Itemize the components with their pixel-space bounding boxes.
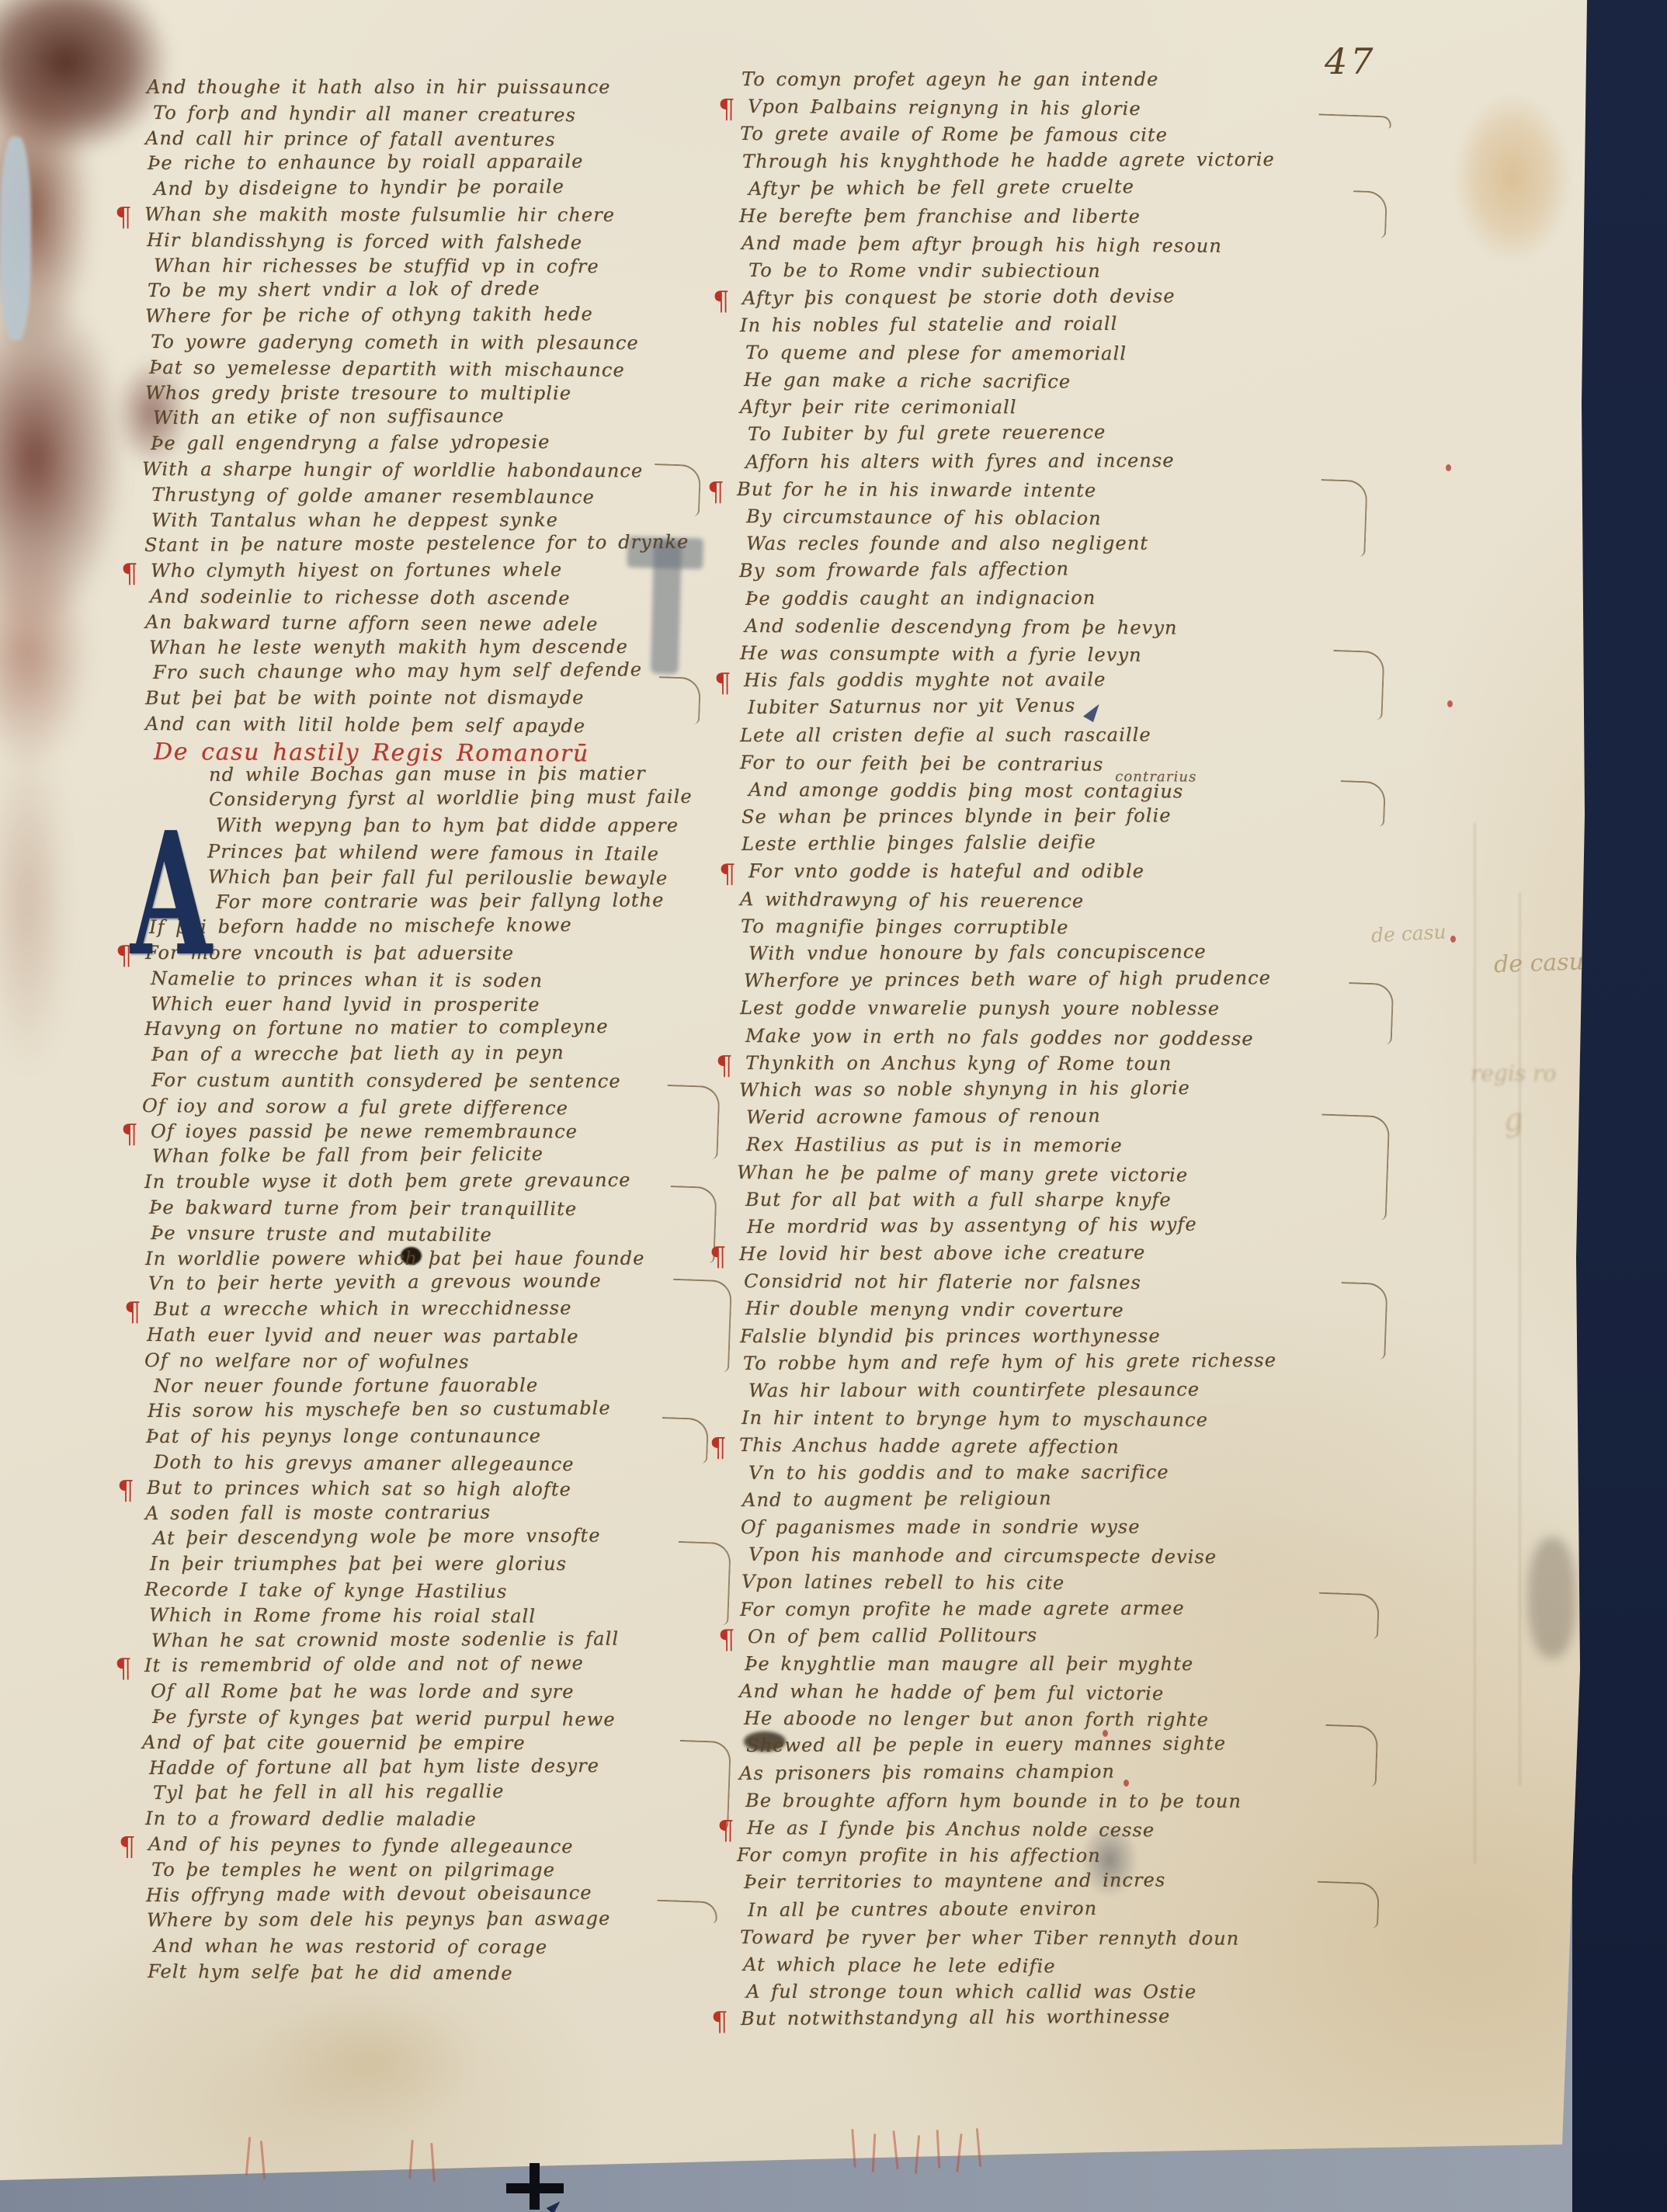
verse-line: At which place he lete edifie xyxy=(743,1953,1372,1985)
verse-text: Fro such chaunge who may hym self defend… xyxy=(153,658,642,683)
verse-line: Havyng on fortune no matier to compleyne xyxy=(144,1016,711,1043)
verse-line: Of all Rome þat he was lorde and syre xyxy=(151,1680,717,1707)
verse-text: With an etike of non suffisaunce xyxy=(153,405,505,429)
verse-text: Vpon Þalbains reignyng in his glorie xyxy=(748,95,1141,120)
verse-line: Þe vnsure truste and mutabilite xyxy=(151,1222,717,1251)
verse-text: As prisoners þis romains champion xyxy=(739,1760,1115,1784)
verse-text: To magnifie þinges corruptible xyxy=(741,915,1068,938)
verse-line: For custum auntith consydered þe sentenc… xyxy=(151,1069,718,1096)
verse-text: And by disdeigne to hyndir þe poraile xyxy=(154,175,564,200)
pilcrow-mark: ¶ xyxy=(718,94,736,125)
verse-text: In all þe cuntres aboute environ xyxy=(748,1897,1097,1920)
verse-line: Stant in þe nature moste pestelence for … xyxy=(144,531,711,560)
verse-line: Wherfore ye princes beth ware of high pr… xyxy=(744,967,1373,998)
verse-text: A soden fall is moste contrarius xyxy=(145,1501,491,1523)
verse-text: Stant in þe nature moste pestelence for … xyxy=(144,531,689,556)
edge-gap xyxy=(0,137,31,340)
verse-text: His offryng made with devout obeisaunce xyxy=(146,1881,592,1905)
verse-line: ¶Aftyr þis conquest þe storie doth devis… xyxy=(742,283,1371,314)
verse-text: But a wrecche which in wrecchidnesse xyxy=(154,1297,571,1320)
verse-text: Hadde of fortune all þat hym liste desyr… xyxy=(149,1755,599,1779)
verse-text: Whan folke be fall from þeir felicite xyxy=(152,1144,544,1168)
red-speck xyxy=(1450,936,1456,943)
marginal-note: de casu xyxy=(1370,920,1446,946)
verse-line: Werid acrowne famous of renoun xyxy=(746,1103,1375,1134)
verse-text: Which euer hand lyvid in prosperite xyxy=(151,993,540,1016)
verse-text: At which place he lete edifie xyxy=(743,1953,1056,1977)
verse-line: Fro such chaunge who may hym self defend… xyxy=(153,658,720,687)
verse-text: And thoughe it hath also in hir puissaun… xyxy=(147,76,610,98)
verse-text: Aftyr þeir rite cerimoniall xyxy=(740,396,1017,418)
verse-text: A ful stronge toun which callid was Osti… xyxy=(746,1981,1196,2002)
verse-text: Tyl þat he fell in all his regallie xyxy=(153,1780,505,1804)
verse-line: Þe riche to enhaunce by roiall apparaile xyxy=(148,150,714,178)
verse-text: To þe temples he went on pilgrimage xyxy=(151,1859,555,1880)
verse-line: In hir intent to brynge hym to myschaunc… xyxy=(741,1407,1370,1437)
pilcrow-mark: ¶ xyxy=(717,1815,735,1846)
verse-line: To queme and plese for amemoriall xyxy=(745,342,1374,370)
verse-line: With an etike of non suffisaunce xyxy=(153,404,720,432)
verse-line: And thoughe it hath also in hir puissaun… xyxy=(147,76,714,102)
burn-stain xyxy=(0,62,93,357)
burn-stain xyxy=(0,287,124,629)
verse-line: Whan he sat crownid moste sodenlie is fa… xyxy=(151,1627,718,1655)
verse-text: Where by som dele his peynys þan aswage xyxy=(147,1908,610,1931)
verse-text: But to princes which sat so high alofte xyxy=(147,1477,571,1500)
verse-text: Where for þe riche of othyng takith hede xyxy=(145,303,593,327)
verse-text: Was hir labour with countirfete plesaunc… xyxy=(748,1378,1200,1401)
pilcrow-mark: ¶ xyxy=(115,202,133,233)
verse-line: To comyn profet ageyn he gan intende xyxy=(741,68,1370,95)
pilcrow-mark: ¶ xyxy=(714,668,732,699)
verse-line: Þe knyghtlie man maugre all þeir myghte xyxy=(745,1653,1374,1680)
parchment-leaf: 47 A And thoughe it hath also in hir pui… xyxy=(0,0,1667,2212)
verse-line: Þe gall engendryng a false ydropesie xyxy=(151,430,717,457)
pilcrow-mark: ¶ xyxy=(710,1432,728,1464)
verse-text: In his nobles ful statelie and roiall xyxy=(740,312,1118,335)
verse-text: And sodeinlie to richesse doth ascende xyxy=(150,585,571,609)
verse-line: Vpon his manhode and circumspecte devise xyxy=(748,1544,1377,1575)
verse-text: In þeir triumphes þat þei were glorius xyxy=(150,1553,567,1575)
verse-text: Hir blandisshyng is forced with falshede xyxy=(147,229,582,253)
verse-line: And to augment þe religioun xyxy=(742,1485,1371,1516)
verse-text: For more contrarie was þeir fallyng loth… xyxy=(216,889,665,912)
verse-text: To comyn profet ageyn he gan intende xyxy=(741,68,1158,90)
verse-line: ¶For vnto godde is hateful and odible xyxy=(748,860,1377,887)
verse-text: Þe gall engendryng a false ydropesie xyxy=(151,431,550,454)
verse-text: To Iubiter by ful grete reuerence xyxy=(748,422,1106,446)
verse-line: Afforn his alters with fyres and incense xyxy=(745,449,1374,478)
pilcrow-mark: ¶ xyxy=(119,1832,137,1863)
verse-line: Hir blandisshyng is forced with falshede xyxy=(147,229,714,258)
pilcrow-mark: ¶ xyxy=(718,1624,736,1655)
verse-line: Þe bakward turne from þeir tranquillite xyxy=(149,1196,716,1224)
burn-stain xyxy=(0,536,90,769)
verse-line: Recorde I take of kynge Hastilius xyxy=(144,1578,711,1607)
verse-text: Vpon his manhode and circumspecte devise xyxy=(748,1544,1217,1568)
verse-text: Lest godde vnwarelie punysh youre nobles… xyxy=(740,997,1220,1019)
pilcrow-mark: ¶ xyxy=(707,477,725,508)
verse-text: Vn to þeir herte yevith a grevous wounde xyxy=(148,1270,602,1295)
verse-text: But for he in his inwarde intente xyxy=(737,478,1096,502)
verse-text: Who clymyth hiyest on fortunes whele xyxy=(151,559,562,582)
verse-text: Þe fyrste of kynges þat werid purpul hew… xyxy=(152,1706,616,1731)
verse-text: And whan he was restorid of corage xyxy=(154,1935,547,1958)
manuscript-photo: 47 A And thoughe it hath also in hir pui… xyxy=(0,0,1667,2212)
crease-line xyxy=(1474,823,1476,1863)
verse-line: And can with litil holde þem self apayde xyxy=(145,713,712,741)
verse-text: Recorde I take of kynge Hastilius xyxy=(144,1578,507,1603)
verse-text: Whos gredy þriste tresoure to multiplie xyxy=(145,382,571,404)
verse-line: A withdrawyng of his reuerence xyxy=(740,888,1369,919)
verse-text: With vndue honoure by fals concupiscence xyxy=(748,941,1207,964)
verse-line: To Iubiter by ful grete reuerence xyxy=(748,420,1377,451)
verse-text: Was recles founde and also negligent xyxy=(746,533,1148,554)
verse-text: To forþ and hyndir all maner creatures xyxy=(153,102,576,126)
verse-text: Whan he leste wenyth makith hym descende xyxy=(149,635,628,658)
verse-line: Aftyr þe which be fell grete cruelte xyxy=(748,174,1377,205)
verse-line: To robbe hym and refe hym of his grete r… xyxy=(743,1349,1372,1380)
verse-line: He mordrid was by assentyng of his wyfe xyxy=(747,1212,1376,1243)
smudge xyxy=(1528,1537,1576,1658)
verse-line: Toward þe ryver þer wher Tiber rennyth d… xyxy=(740,1926,1369,1955)
verse-line: ¶But a wrecche which in wrecchidnesse xyxy=(154,1297,721,1324)
red-speck xyxy=(1446,464,1451,471)
verse-text: Whan he þe palme of many grete victorie xyxy=(737,1162,1188,1186)
verse-line: To yowre gaderyng cometh in with plesaun… xyxy=(151,331,717,358)
verse-line: Leste erthlie þinges falslie deifie xyxy=(741,829,1370,860)
verse-line: If þei beforn hadde no mischefe knowe xyxy=(149,913,716,942)
verse-line: Lete all cristen defie al such rascaille xyxy=(740,724,1369,752)
verse-text: With wepyng þan to hym þat didde appere xyxy=(216,814,679,836)
verse-text: Se whan þe princes blynde in þeir folie xyxy=(741,804,1172,828)
marginal-note: regis ro xyxy=(1471,1061,1556,1086)
verse-text: Princes þat whilend were famous in Itail… xyxy=(207,840,659,864)
verse-line: Þat so yemelesse departith with mischaun… xyxy=(149,356,716,385)
registration-cross xyxy=(506,2183,564,2193)
verse-line: Þeir territories to mayntene and incres xyxy=(744,1868,1373,1898)
verse-line: ¶Vpon Þalbains reignyng in his glorie xyxy=(748,95,1377,127)
verse-text: With a sharpe hungir of worldlie habonda… xyxy=(142,458,643,481)
verse-line: Be broughte afforn hym bounde in to þe t… xyxy=(745,1790,1374,1818)
verse-line: Make yow in erth no fals goddes nor godd… xyxy=(745,1025,1374,1056)
verse-line: Hir double menyng vndir coverture xyxy=(745,1297,1374,1328)
pilcrow-mark: ¶ xyxy=(121,558,139,589)
verse-text: A withdrawyng of his reuerence xyxy=(740,888,1084,912)
verse-line: Shewed all þe peple in euery mannes sigh… xyxy=(746,1732,1375,1762)
verse-text: He as I fynde þis Anchus nolde cesse xyxy=(747,1817,1155,1841)
verse-line: Vn to his goddis and to make sacrifice xyxy=(748,1460,1377,1489)
round-stain xyxy=(1453,93,1571,262)
pilcrow-mark: ¶ xyxy=(121,1119,139,1150)
verse-text: Þat so yemelesse departith with mischaun… xyxy=(149,356,625,381)
verse-line: To þe temples he went on pilgrimage xyxy=(151,1859,718,1884)
verse-text: Toward þe ryver þer wher Tiber rennyth d… xyxy=(740,1926,1239,1950)
verse-line: Hadde of fortune all þat hym liste desyr… xyxy=(149,1754,716,1782)
verse-line: At þeir descendyng wole þe more vnsofte xyxy=(153,1524,720,1553)
verse-line: For comyn profite he made agrete armee xyxy=(740,1596,1369,1626)
verse-line: Þat of his peynys longe contunaunce xyxy=(146,1425,713,1451)
verse-text: Wherfore ye princes beth ware of high pr… xyxy=(744,967,1271,992)
verse-line: Where by som dele his peynys þan aswage xyxy=(147,1908,714,1935)
pilcrow-mark: ¶ xyxy=(719,859,737,890)
verse-line: Tyl þat he fell in all his regallie xyxy=(153,1780,720,1807)
marginal-flourish: g xyxy=(1501,1101,1526,1139)
verse-line: Was hir labour with countirfete plesaunc… xyxy=(748,1378,1377,1407)
pilcrow-mark: ¶ xyxy=(117,1475,135,1506)
verse-text: Shewed all þe peple in euery mannes sigh… xyxy=(746,1733,1226,1757)
verse-text: With Tantalus whan he deppest synke xyxy=(151,509,558,530)
verse-text: Aftyr þe which be fell grete cruelte xyxy=(748,175,1134,200)
verse-text: Of paganismes made in sondrie wyse xyxy=(741,1516,1141,1538)
verse-line: ¶Who clymyth hiyest on fortunes whele xyxy=(151,558,717,585)
verse-line: ¶For more vncouth is þat aduersite xyxy=(145,942,712,968)
damp-stain xyxy=(264,1995,481,2127)
verse-text: Thynkith on Anchus kyng of Rome toun xyxy=(745,1052,1172,1075)
verse-line: With a sharpe hungir of worldlie habonda… xyxy=(142,458,709,485)
verse-text: Þe bakward turne from þeir tranquillite xyxy=(149,1196,577,1220)
verse-text: And of his peynes to fynde allegeaunce xyxy=(148,1833,574,1857)
verse-text: To be my shert vndir a lok of drede xyxy=(148,278,540,302)
verse-text: To grete availe of Rome þe famous cite xyxy=(740,123,1168,146)
verse-text: To queme and plese for amemoriall xyxy=(745,342,1127,364)
pilcrow-mark: ¶ xyxy=(713,286,731,317)
verse-text: Whan hir richesses be stuffid vp in cofr… xyxy=(154,255,599,277)
verse-text: This Anchus hadde agrete affection xyxy=(739,1434,1120,1457)
verse-text: Þeir territories to mayntene and incres xyxy=(744,1870,1165,1894)
verse-line: Whan he leste wenyth makith hym descende xyxy=(149,635,716,662)
verse-line: But þei þat be with pointe not dismayde xyxy=(145,686,712,713)
verse-line: ¶But for he in his inwarde intente xyxy=(737,478,1366,508)
verse-text: By circumstaunce of his oblacion xyxy=(746,505,1102,530)
verse-line: Se whan þe princes blynde in þeir folie xyxy=(741,804,1370,834)
verse-text: Whan he sat crownid moste sodenlie is fa… xyxy=(151,1627,619,1651)
verse-line: Doth to his grevys amaner allegeaunce xyxy=(154,1451,721,1480)
verse-text: He mordrid was by assentyng of his wyfe xyxy=(747,1214,1197,1238)
verse-text: For to our feith þei be contrarius xyxy=(740,752,1103,776)
crease-line xyxy=(1519,893,1521,1786)
verse-text: Doth to his grevys amaner allegeaunce xyxy=(154,1451,575,1475)
verse-line: Through his knyghthode he hadde agrete v… xyxy=(742,148,1371,178)
verse-line: ¶On of þem callid Pollitours xyxy=(748,1622,1377,1653)
verse-text: Þe riche to enhaunce by roiall apparaile xyxy=(148,151,584,174)
verse-text: He lovid hir best above iche creature xyxy=(739,1241,1145,1265)
verse-text: Be broughte afforn hym bounde in to þe t… xyxy=(745,1790,1242,1812)
verse-line: His sorow his myschefe ben so custumable xyxy=(148,1397,714,1425)
verse-line: Þe fyrste of kynges þat werid purpul hew… xyxy=(152,1706,719,1735)
verse-line: Hath euer lyvid and neuer was partable xyxy=(147,1324,714,1352)
verse-line: An bakward turne afforn seen newe adele xyxy=(145,611,712,639)
verse-text: Considrid not hir flaterie nor falsnes xyxy=(744,1270,1141,1294)
red-speck xyxy=(1447,700,1453,707)
verse-text: At þeir descendyng wole þe more vnsofte xyxy=(153,1525,601,1549)
verse-line: By som frowarde fals affection xyxy=(739,556,1368,587)
verse-text: Thrustyng of golde amaner resemblaunce xyxy=(151,484,595,508)
verse-text: He berefte þem franchise and liberte xyxy=(739,205,1141,227)
verse-text: nd while Bochas gan muse in þis matier xyxy=(209,762,646,785)
verse-text: Vn to his goddis and to make sacrifice xyxy=(748,1461,1169,1484)
pilcrow-mark: ¶ xyxy=(711,2006,729,2037)
verse-text: By som frowarde fals affection xyxy=(739,558,1069,582)
decorated-initial: A xyxy=(130,817,212,973)
verse-line: Of paganismes made in sondrie wyse xyxy=(741,1516,1370,1544)
verse-text: In worldlie powere which þat þei haue fo… xyxy=(145,1247,644,1269)
verse-line: Which was so noble shynyng in his glorie xyxy=(739,1076,1368,1106)
verse-line: ¶And of his peynes to fynde allegeaunce xyxy=(148,1833,715,1862)
verse-text: To be to Rome vndir subiectioun xyxy=(748,259,1101,282)
pilcrow-mark: ¶ xyxy=(716,1050,734,1082)
verse-text: In trouble wyse it doth þem grete grevau… xyxy=(144,1169,631,1193)
verse-line: ¶It is remembrid of olde and not of newe xyxy=(144,1651,711,1680)
verse-text: Falslie blyndid þis princes worthynesse xyxy=(740,1325,1161,1346)
verse-text: Which in Rome frome his roial stall xyxy=(149,1604,536,1627)
verse-line: As prisoners þis romains champion xyxy=(739,1759,1368,1790)
verse-text: Afforn his alters with fyres and incense xyxy=(745,450,1175,473)
verse-line: ¶But notwithstandyng all his worthinesse xyxy=(741,2005,1370,2036)
verse-text: Consideryng fyrst al worldlie þing must … xyxy=(209,786,693,811)
verse-line: For more contrarie was þeir fallyng loth… xyxy=(154,888,721,916)
verse-text: Of ioy and sorow a ful grete difference xyxy=(142,1095,568,1119)
verse-text: And to augment þe religioun xyxy=(742,1487,1052,1510)
verse-line: Whan he þe palme of many grete victorie xyxy=(737,1162,1366,1193)
verse-line: In þeir triumphes þat þei were glorius xyxy=(150,1553,717,1578)
verse-text: In hir intent to brynge hym to myschaunc… xyxy=(741,1407,1208,1431)
verse-line: nd while Bochas gan muse in þis matier xyxy=(147,762,714,789)
verse-text: It is remembrid of olde and not of newe xyxy=(144,1652,584,1676)
verse-line: His offryng made with devout obeisaunce xyxy=(146,1880,713,1909)
verse-line: Where for þe riche of othyng takith hede xyxy=(145,303,712,331)
verse-line: And of þat cite gouernid þe empire xyxy=(142,1731,709,1758)
verse-line: In his nobles ful statelie and roiall xyxy=(740,311,1369,342)
verse-text: To yowre gaderyng cometh in with plesaun… xyxy=(151,331,639,354)
verse-line: Namelie to princes whan it is soden xyxy=(151,967,717,996)
verse-text: But notwithstandyng all his worthinesse xyxy=(741,2005,1170,2030)
verse-line: And whan he was restorid of corage xyxy=(154,1935,721,1962)
verse-text: Rex Hastilius as put is in memorie xyxy=(746,1134,1123,1156)
verse-text: For vnto godde is hateful and odible xyxy=(748,860,1144,882)
verse-line: To forþ and hyndir all maner creatures xyxy=(153,102,720,130)
verse-line: Whan folke be fall from þeir felicite xyxy=(152,1142,719,1171)
verse-text: And of þat cite gouernid þe empire xyxy=(142,1731,526,1754)
verse-text: And whan he hadde of þem ful victorie xyxy=(739,1680,1164,1704)
verse-line: In all þe cuntres aboute environ xyxy=(748,1896,1377,1926)
verse-text: An bakward turne afforn seen newe adele xyxy=(145,611,599,635)
verse-text: If þei beforn hadde no mischefe knowe xyxy=(149,914,572,938)
verse-text: Felt hym selfe þat he did amende xyxy=(148,1960,513,1985)
verse-line: ¶His fals goddis myghte not availe xyxy=(744,668,1373,697)
verse-line: Felt hym selfe þat he did amende xyxy=(148,1960,714,1989)
verse-text: Þat of his peynys longe contunaunce xyxy=(146,1425,541,1448)
verse-text: His fals goddis myghte not availe xyxy=(744,668,1106,691)
verse-text: His sorow his myschefe ben so custumable xyxy=(148,1398,611,1422)
registration-cross xyxy=(530,2163,540,2210)
verse-line: Of ioy and sorow a ful grete difference xyxy=(142,1095,709,1123)
verse-text: Havyng on fortune no matier to compleyne xyxy=(144,1016,609,1040)
verse-text: In to a froward dedlie maladie xyxy=(145,1807,477,1830)
verse-line: ¶Whan she makith moste fulsumlie hir che… xyxy=(144,203,711,230)
left-text-column: And thoughe it hath also in hir puissaun… xyxy=(149,76,716,1986)
verse-line: Princes þat whilend were famous in Itail… xyxy=(145,840,712,869)
verse-text: Through his knyghthode he hadde agrete v… xyxy=(742,148,1275,172)
verse-text: Aftyr þis conquest þe storie doth devise xyxy=(742,285,1176,309)
right-text-column: To comyn profet ageyn he gan intende¶Vpo… xyxy=(744,68,1373,2036)
mount-band xyxy=(1572,0,1667,2212)
verse-text: Hir double menyng vndir coverture xyxy=(745,1297,1124,1321)
verse-line: Thrustyng of golde amaner resemblaunce xyxy=(151,484,718,512)
verse-text: But þei þat be with pointe not dismayde xyxy=(145,686,584,709)
verse-line: With vndue honoure by fals concupiscence xyxy=(748,940,1377,971)
verse-text: Werid acrowne famous of renoun xyxy=(746,1105,1101,1128)
verse-text: And sodenlie descendyng from þe hevyn xyxy=(745,615,1178,639)
verse-text: Þe goddis caught an indignacion xyxy=(745,586,1096,609)
interlinear-correction: contrarius xyxy=(1115,769,1196,785)
pilcrow-mark: ¶ xyxy=(115,1653,133,1684)
verse-line: Iubiter Saturnus nor yit Venus xyxy=(748,693,1377,724)
verse-text: For custum auntith consydered þe sentenc… xyxy=(151,1069,621,1092)
verse-text: To robbe hym and refe hym of his grete r… xyxy=(743,1349,1276,1374)
verse-text: But for all þat with a full sharpe knyfe xyxy=(745,1189,1172,1210)
verse-line: Rex Hastilius as put is in memorie xyxy=(746,1134,1375,1162)
verse-line: And by disdeigne to hyndir þe poraile xyxy=(154,175,721,203)
verse-line: In trouble wyse it doth þem grete grevau… xyxy=(144,1169,711,1196)
verse-line: Considrid not hir flaterie nor falsnes xyxy=(744,1270,1373,1300)
verse-text: He was consumpte with a fyrie levyn xyxy=(740,642,1142,666)
verse-text: Þe knyghtlie man maugre all þeir myghte xyxy=(745,1653,1193,1675)
verse-text: For comyn profite in his affection xyxy=(737,1844,1101,1866)
verse-text: Vpon latines rebell to his cite xyxy=(741,1571,1064,1594)
verse-text: He aboode no lenger but anon forth right… xyxy=(744,1707,1209,1731)
verse-text: Leste erthlie þinges falslie deifie xyxy=(741,832,1096,856)
verse-text: For comyn profite he made agrete armee xyxy=(740,1597,1185,1620)
verse-text: Which þan þeir fall ful perilouslie bewa… xyxy=(208,866,668,889)
verse-line: Þan of a wrecche þat lieth ay in peyn xyxy=(151,1041,718,1069)
verse-line: For to our feith þei be contrarius xyxy=(740,752,1369,783)
verse-line: Consideryng fyrst al worldlie þing must … xyxy=(147,786,714,814)
verse-line: And sodenlie descendyng from þe hevyn xyxy=(745,615,1374,645)
verse-line: And whan he hadde of þem ful victorie xyxy=(739,1680,1368,1711)
verse-line: He berefte þem franchise and liberte xyxy=(739,205,1368,233)
verse-line: A soden fall is moste contrarius xyxy=(145,1500,712,1527)
verse-line: Lest godde vnwarelie punysh youre nobles… xyxy=(740,997,1369,1025)
verse-text: Þe vnsure truste and mutabilite xyxy=(151,1222,492,1245)
verse-line: Falslie blyndid þis princes worthynesse xyxy=(740,1325,1369,1353)
verse-line: Vn to þeir herte yevith a grevous wounde xyxy=(148,1269,715,1298)
verse-text: On of þem callid Pollitours xyxy=(748,1623,1037,1647)
verse-text: Iubiter Saturnus nor yit Venus xyxy=(748,695,1075,719)
verse-text: Which was so noble shynyng in his glorie xyxy=(739,1077,1190,1101)
verse-text: And call hir prince of fatall aventures xyxy=(145,127,556,151)
verse-text: Þan of a wrecche þat lieth ay in peyn xyxy=(151,1042,564,1066)
verse-line: ¶He as I fynde þis Anchus nolde cesse xyxy=(747,1817,1376,1848)
verse-text: Of ioyes passid þe newe remembraunce xyxy=(151,1120,578,1142)
verse-text: Nor neuer founde fortune fauorable xyxy=(154,1374,538,1397)
verse-text: Lete all cristen defie al such rascaille xyxy=(740,724,1151,746)
verse-text: Of no welfare nor of wofulnes xyxy=(144,1349,470,1373)
verse-text: He gan make a riche sacrifice xyxy=(744,369,1071,393)
verse-text: Whan she makith moste fulsumlie hir cher… xyxy=(144,203,615,226)
ink-mark xyxy=(547,2197,563,2212)
verse-line: To be my shert vndir a lok of drede xyxy=(148,277,714,305)
verse-line: And sodeinlie to richesse doth ascende xyxy=(150,585,717,613)
verse-text: Of all Rome þat he was lorde and syre xyxy=(151,1680,574,1703)
verse-text: Hath euer lyvid and neuer was partable xyxy=(147,1324,579,1348)
pilcrow-mark: ¶ xyxy=(124,1297,142,1328)
verse-line: ¶He lovid hir best above iche creature xyxy=(739,1241,1368,1270)
verse-text: And made þem aftyr þrough his high resou… xyxy=(741,232,1222,257)
verse-line: With wepyng þan to hym þat didde appere xyxy=(154,814,721,840)
pilcrow-mark: ¶ xyxy=(710,1241,728,1273)
verse-text: Make yow in erth no fals goddes nor godd… xyxy=(745,1025,1254,1050)
